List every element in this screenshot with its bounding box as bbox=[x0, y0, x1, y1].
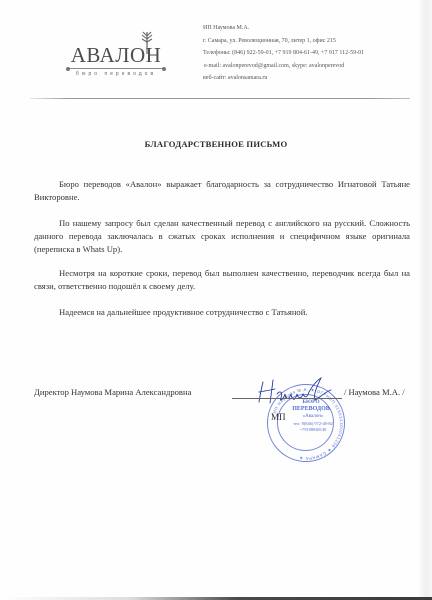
stamp-line-5: +79198048149 bbox=[274, 427, 352, 432]
company-email-skype: e-mail: avalonperevod@gmail.com, skype: … bbox=[203, 60, 418, 73]
logo-rule bbox=[68, 68, 164, 69]
company-address: г. Самара, ул. Революционная, 70, литер … bbox=[203, 35, 418, 48]
letter-body: Бюро переводов «Авалон» выражает благода… bbox=[34, 178, 410, 332]
document-title: БЛАГОДАРСТВЕННОЕ ПИСЬМО bbox=[0, 139, 432, 149]
paragraph-gratitude: Бюро переводов «Авалон» выражает благода… bbox=[34, 178, 410, 204]
avalon-logo: АВАЛОН бюро переводов bbox=[68, 30, 164, 80]
signatory-role: Директор Наумова Марина Александровна bbox=[34, 387, 191, 397]
scan-edge-shadow bbox=[418, 0, 432, 600]
letter-page: АВАЛОН бюро переводов ИП Наумова М.А. г.… bbox=[0, 0, 432, 600]
paragraph-translation-details: По нашему запросу был сделан качественны… bbox=[34, 217, 410, 256]
company-phones: Телефоны: (846) 922-59-01, +7 919 804-61… bbox=[203, 47, 418, 60]
paragraph-quality: Несмотря на короткие сроки, перевод был … bbox=[34, 267, 410, 293]
logo-wordmark: АВАЛОН bbox=[68, 44, 164, 66]
signatory-initials: / Наумова М.А. / bbox=[344, 387, 405, 397]
signature-row: Директор Наумова Марина Александровна / … bbox=[34, 387, 432, 401]
paragraph-closing: Надеемся на дальнейшее продуктивное сотр… bbox=[34, 306, 410, 319]
logo-tagline: бюро переводов bbox=[68, 71, 164, 77]
letterhead-contacts: ИП Наумова М.А. г. Самара, ул. Революцио… bbox=[203, 22, 418, 85]
company-name: ИП Наумова М.А. bbox=[203, 22, 418, 35]
header-divider bbox=[30, 98, 410, 99]
company-website: веб-сайт: avalonsamara.ru bbox=[203, 72, 418, 85]
seal-mark: МП bbox=[271, 412, 286, 422]
signature-line bbox=[232, 398, 342, 399]
